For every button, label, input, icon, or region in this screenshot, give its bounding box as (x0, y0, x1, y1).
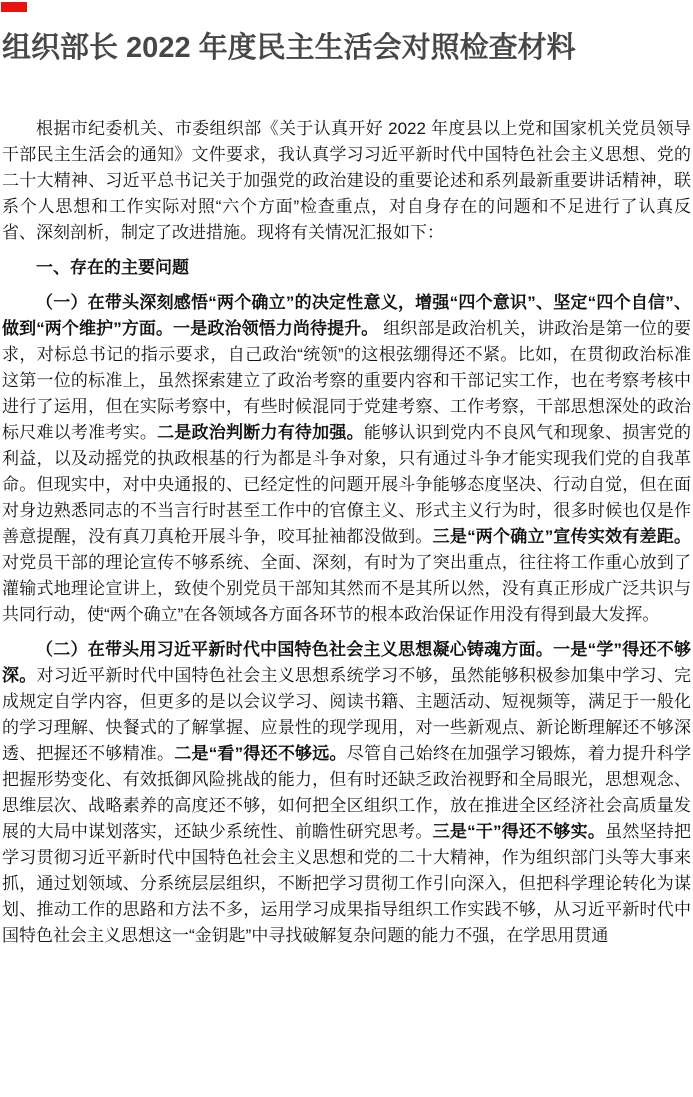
text-run: 对党员干部的理论宣传不够系统、全面、深刻，有时为了突出重点，往往将工作重心放到了… (2, 553, 691, 624)
bold-text-run: 一是政治领悟力尚待提升。 (173, 319, 378, 338)
body-paragraph: （一）在带头深刻感悟“两个确立”的决定性意义，增强“四个意识”、坚定“四个自信”… (2, 290, 691, 628)
body-paragraph: 根据市纪委机关、市委组织部《关于认真开好 2022 年度县以上党和国家机关党员领… (2, 116, 691, 246)
bold-text-run: 三是“两个确立”宣传实效有差距。 (433, 527, 691, 546)
document-body: 根据市纪委机关、市委组织部《关于认真开好 2022 年度县以上党和国家机关党员领… (2, 116, 691, 949)
bold-text-run: 二是政治判断力有待加强。 (157, 423, 364, 442)
bold-text-run: 三是“干”得还不够实。 (433, 822, 605, 841)
bold-text-run: 一、存在的主要问题 (36, 258, 189, 277)
document-title: 组织部长 2022 年度民主生活会对照检查材料 (2, 30, 691, 66)
text-run: 根据市纪委机关、市委组织部《关于认真开好 2022 年度县以上党和国家机关党员领… (2, 119, 691, 242)
bold-text-run: （二）在带头用习近平新时代中国特色社会主义思想凝心铸魂方面。 (36, 640, 553, 659)
record-indicator-marker (1, 2, 27, 12)
bold-text-run: 二是“看”得还不够远。 (174, 744, 346, 763)
section-heading: 一、存在的主要问题 (2, 255, 691, 281)
document-page: 组织部长 2022 年度民主生活会对照检查材料 根据市纪委机关、市委组织部《关于… (0, 0, 693, 1097)
body-paragraph: （二）在带头用习近平新时代中国特色社会主义思想凝心铸魂方面。一是“学”得还不够深… (2, 637, 691, 949)
